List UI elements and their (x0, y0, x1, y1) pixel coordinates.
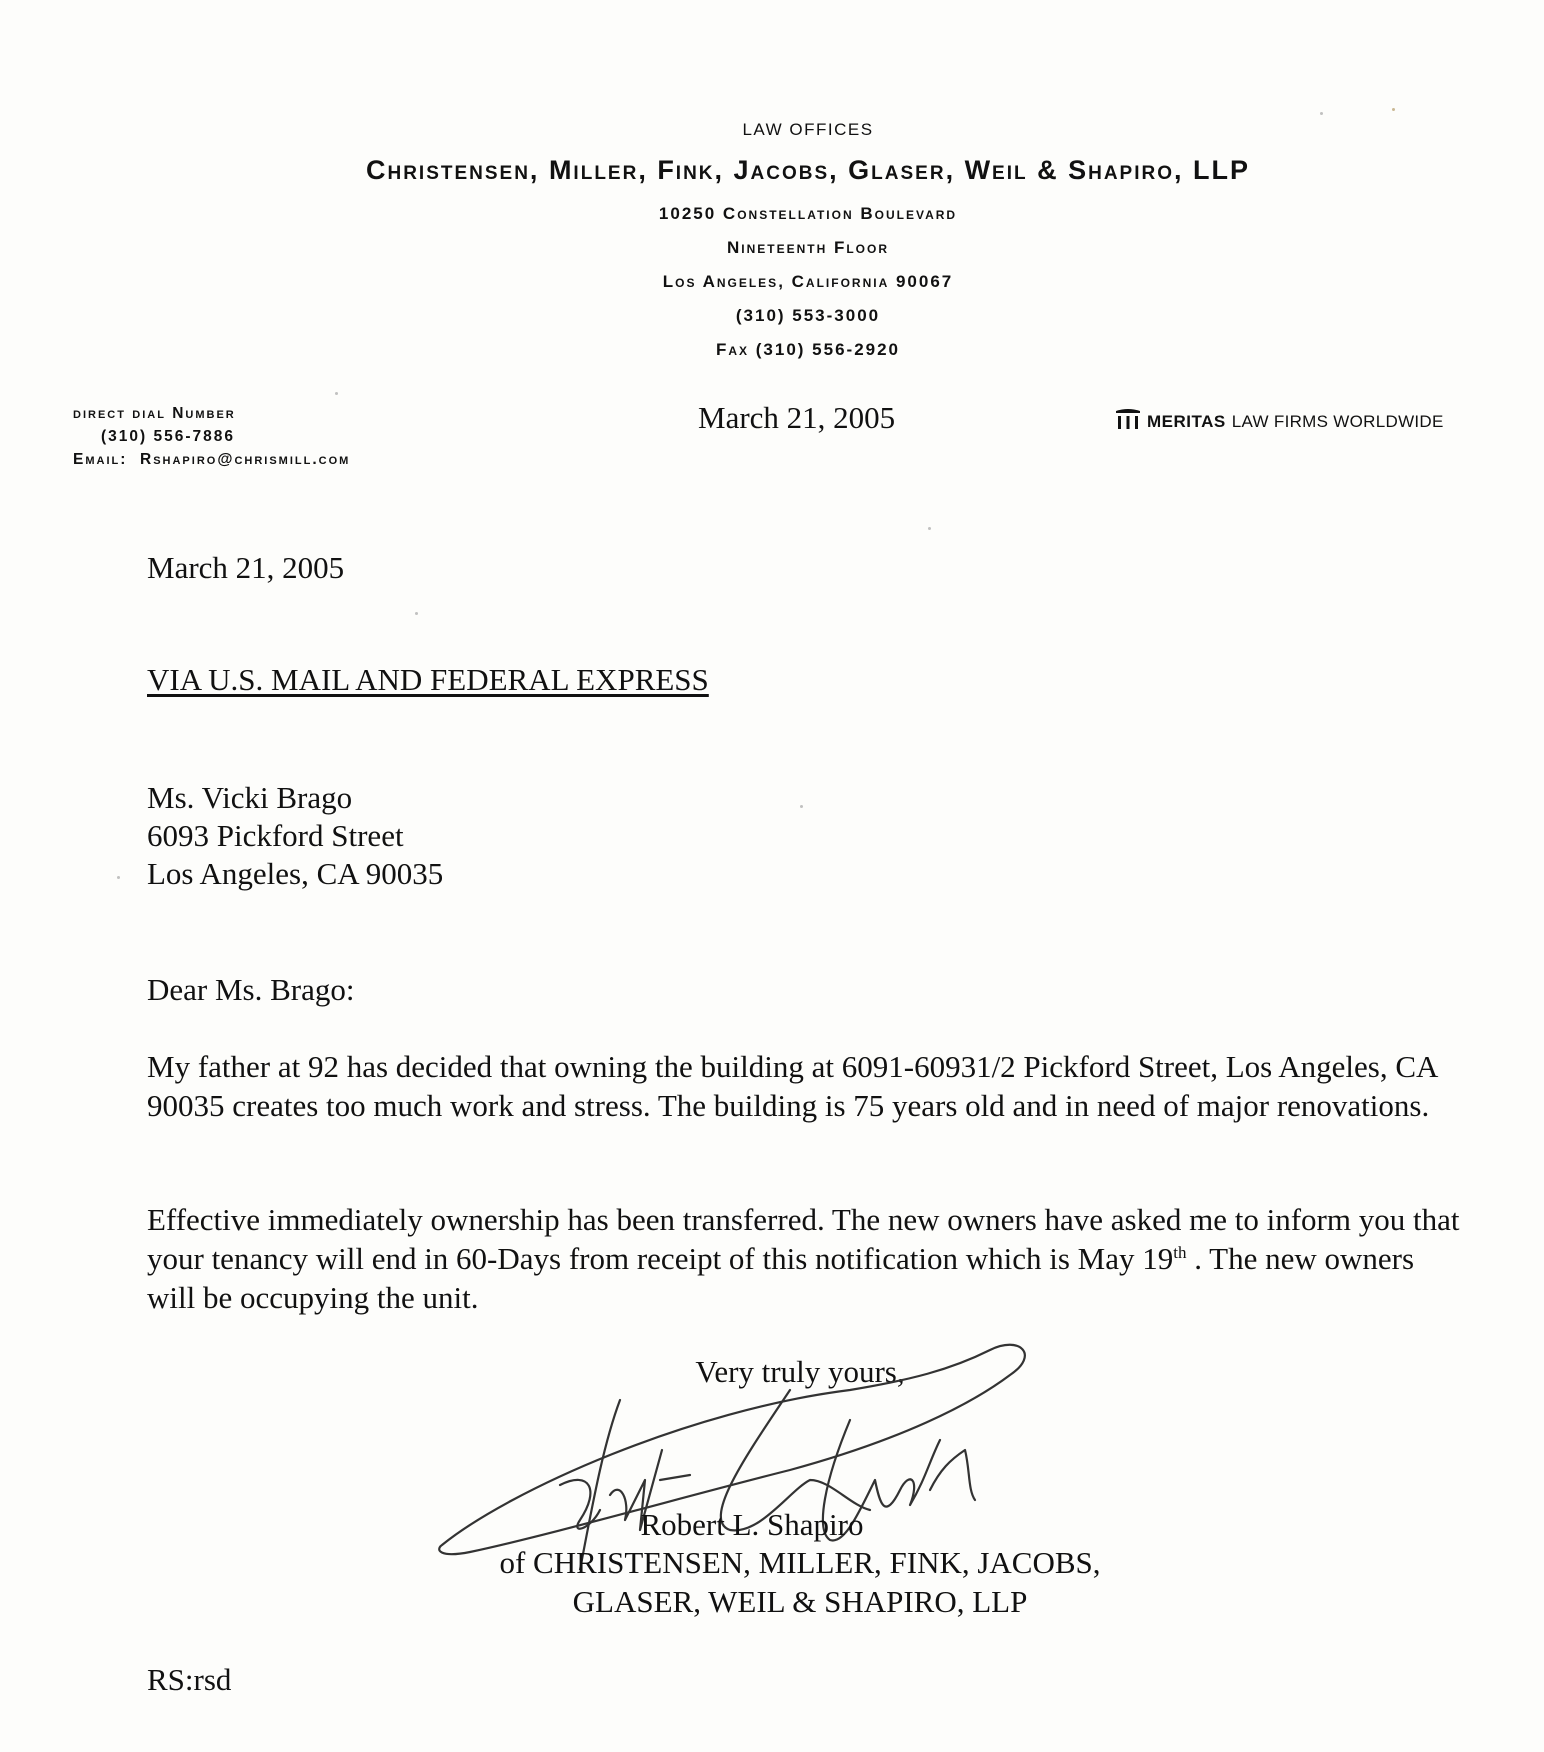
letterhead-label: LAW OFFICES (742, 120, 873, 140)
scan-speck (117, 876, 120, 879)
letter-date: March 21, 2005 (147, 550, 344, 586)
email-address: Rshapiro@chrismill.com (140, 451, 350, 468)
direct-dial-label: direct dial Number (73, 402, 350, 425)
firm-phone: (310) 553-3000 (736, 306, 880, 326)
firm-address-city: Los Angeles, California 90067 (663, 272, 953, 292)
scan-speck (1320, 112, 1323, 115)
signer-firm-line-2: GLASER, WEIL & SHAPIRO, LLP (573, 1584, 1028, 1620)
firm-address-street: 10250 Constellation Boulevard (659, 204, 957, 224)
meritas-columns-icon (1115, 408, 1141, 435)
meritas-badge: MERITAS LAW FIRMS WORLDWIDE (1115, 408, 1444, 435)
scan-speck (800, 805, 803, 808)
signer-name: Robert L. Shapiro (641, 1507, 864, 1543)
scan-speck (1392, 108, 1395, 111)
recipient-street: 6093 Pickford Street (147, 818, 404, 854)
delivery-method: VIA U.S. MAIL AND FEDERAL EXPRESS (147, 662, 709, 698)
body-paragraph-2: Effective immediately ownership has been… (147, 1200, 1467, 1317)
firm-fax: Fax (310) 556-2920 (716, 340, 900, 360)
scan-speck (335, 392, 338, 395)
scan-speck (928, 527, 931, 530)
direct-contact-block: direct dial Number (310) 556-7886 Email:… (73, 402, 350, 471)
recipient-name: Ms. Vicki Brago (147, 780, 352, 816)
email-label: Email: (73, 451, 127, 468)
email-line: Email: Rshapiro@chrismill.com (73, 448, 350, 471)
meritas-tagline: LAW FIRMS WORLDWIDE (1232, 412, 1444, 432)
closing: Very truly yours, (695, 1354, 904, 1390)
firm-address-floor: Nineteenth Floor (727, 238, 889, 258)
letterhead-date: March 21, 2005 (698, 400, 895, 436)
salutation: Dear Ms. Brago: (147, 972, 354, 1008)
recipient-city: Los Angeles, CA 90035 (147, 856, 443, 892)
ordinal-suffix: th (1173, 1243, 1186, 1262)
reference-initials: RS:rsd (147, 1662, 231, 1698)
signer-firm-line-1: of CHRISTENSEN, MILLER, FINK, JACOBS, (499, 1545, 1100, 1581)
scan-speck (415, 612, 418, 615)
body-paragraph-1: My father at 92 has decided that owning … (147, 1047, 1467, 1125)
direct-dial-number: (310) 556-7886 (73, 425, 350, 448)
meritas-name: MERITAS (1147, 412, 1226, 432)
firm-name: Christensen, Miller, Fink, Jacobs, Glase… (366, 155, 1250, 186)
